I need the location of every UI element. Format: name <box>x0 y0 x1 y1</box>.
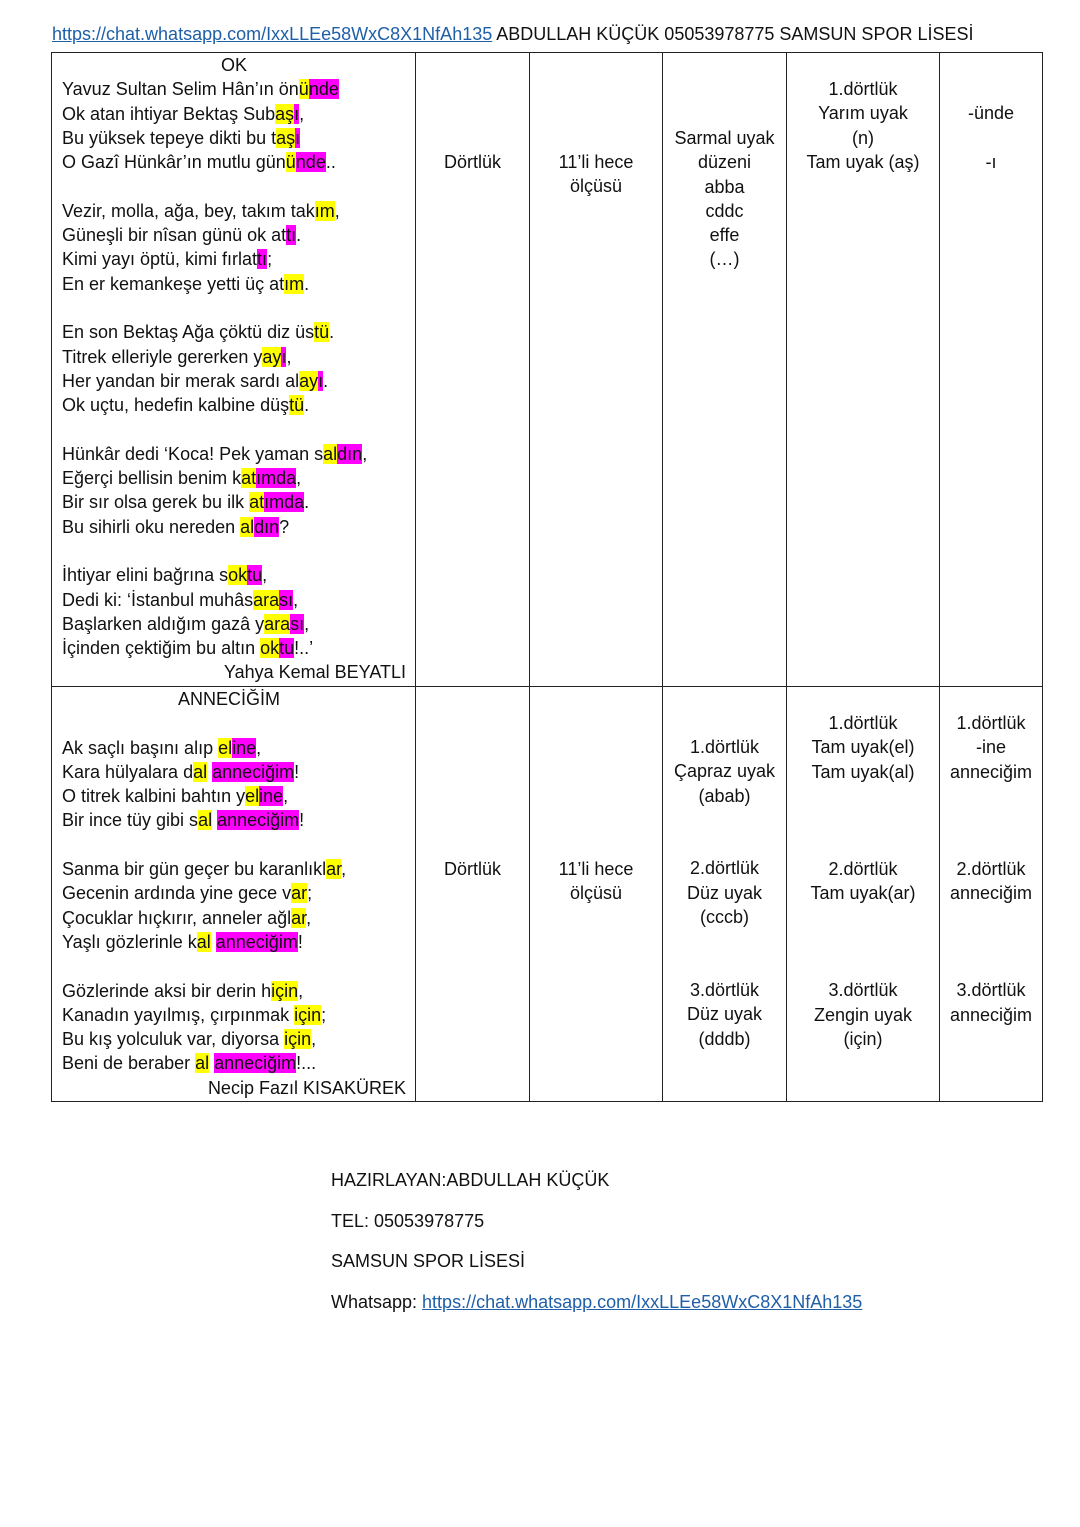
line-text: Bir ince tüy gibi s <box>62 810 198 830</box>
line-text: , <box>296 468 301 488</box>
rhyme-highlight: ar <box>291 883 307 903</box>
poem-line: Bir sır olsa gerek bu ilk atımda. <box>62 490 406 514</box>
line-text: Sanma bir gün geçer bu karanlıkl <box>62 859 326 879</box>
whatsapp-line: Whatsapp: https://chat.whatsapp.com/IxxL… <box>331 1292 862 1313</box>
poem-line: En er kemankeşe yetti üç atım. <box>62 272 406 296</box>
poem-line: Güneşli bir nîsan günü ok attı. <box>62 223 406 247</box>
line-text: ! <box>299 810 304 830</box>
line-text: , <box>362 444 367 464</box>
line-text: . <box>304 274 309 294</box>
rhyme-highlight: el <box>218 738 232 758</box>
line-text: Bu yüksek tepeye dikti bu t <box>62 128 276 148</box>
line-text: Yavuz Sultan Selim Hân’ın ön <box>62 79 299 99</box>
line-text: , <box>286 347 291 367</box>
prepared-by: HAZIRLAYAN:ABDULLAH KÜÇÜK <box>331 1170 609 1191</box>
poem-line: İhtiyar elini bağrına soktu, <box>62 563 406 587</box>
nazim-birimi-cell: Dörtlük <box>416 687 530 1102</box>
redif-highlight: tu <box>279 638 294 658</box>
rhyme-highlight: ara <box>264 614 290 634</box>
uyak-duzeni-cell: Sarmal uyak düzeni abba cddc effe (…) <box>663 53 787 687</box>
line-text: Bu kış yolculuk var, diyorsa <box>62 1029 284 1049</box>
rhyme-highlight: ay <box>299 371 318 391</box>
poem-analysis-table: OK Yavuz Sultan Selim Hân’ın önündeOk at… <box>51 52 1043 1102</box>
line-text: ? <box>279 517 289 537</box>
whatsapp-label: Whatsapp: <box>331 1292 422 1312</box>
rhyme-highlight: ım <box>315 201 335 221</box>
line-text: Kanadın yayılmış, çırpınmak <box>62 1005 294 1025</box>
rhyme-highlight: al <box>198 810 212 830</box>
stanza-gap <box>62 833 406 857</box>
rhyme-highlight: al <box>195 1053 209 1073</box>
poem-line: En son Bektaş Ağa çöktü diz üstü. <box>62 320 406 344</box>
rhyme-highlight: at <box>249 492 264 512</box>
line-text: .. <box>326 152 336 172</box>
header-line: https://chat.whatsapp.com/IxxLLEe58WxC8X… <box>52 24 973 45</box>
telephone: TEL: 05053978775 <box>331 1211 484 1232</box>
line-text: Her yandan bir merak sardı al <box>62 371 299 391</box>
rhyme-highlight: ü <box>286 152 296 172</box>
rhyme-highlight: için <box>284 1029 311 1049</box>
redif-highlight: nde <box>296 152 326 172</box>
school-name: SAMSUN SPOR LİSESİ <box>331 1251 525 1272</box>
stanzas: Yavuz Sultan Selim Hân’ın önündeOk atan … <box>62 77 406 660</box>
line-text: , <box>341 859 346 879</box>
redif-highlight: nde <box>309 79 339 99</box>
redif-cell: -ünde -ı <box>940 53 1043 687</box>
poem-title: ANNECİĞİM <box>62 687 406 711</box>
poem-line: İçinden çektiğim bu altın oktu!..’ <box>62 636 406 660</box>
line-text: Vezir, molla, ağa, bey, takım tak <box>62 201 315 221</box>
rhyme-highlight: aş <box>275 104 294 124</box>
line-text: ; <box>267 249 272 269</box>
poem: ANNECİĞİM Ak saçlı başını alıp eline,Kar… <box>52 687 415 1100</box>
redif-highlight: ine <box>259 786 283 806</box>
rhyme-highlight: ar <box>291 908 306 928</box>
poem-line: Beni de beraber al anneciğim!... <box>62 1051 406 1075</box>
line-text: !..’ <box>294 638 313 658</box>
redif-highlight: sı <box>279 590 293 610</box>
rhyme-highlight: al <box>323 444 337 464</box>
line-text: Titrek elleriyle gererken y <box>62 347 262 367</box>
rhyme-highlight: tü <box>314 322 329 342</box>
line-text: , <box>299 104 304 124</box>
line-text: Eğerçi bellisin benim k <box>62 468 241 488</box>
line-text: , <box>335 201 340 221</box>
redif-highlight: ımda <box>264 492 304 512</box>
poem-title: OK <box>62 53 406 77</box>
line-text: , <box>311 1029 316 1049</box>
poem-line: Sanma bir gün geçer bu karanlıklar, <box>62 857 406 881</box>
poem-line: Ok uçtu, hedefin kalbine düştü. <box>62 393 406 417</box>
poem-author: Necip Fazıl KISAKÜREK <box>62 1076 406 1100</box>
line-text: ! <box>298 932 303 952</box>
line-text: O titrek kalbini bahtın y <box>62 786 245 806</box>
poem-line: Dedi ki: ‘İstanbul muhâsarası, <box>62 588 406 612</box>
poem-line: Titrek elleriyle gererken yayı, <box>62 345 406 369</box>
table-row-annecigim: ANNECİĞİM Ak saçlı başını alıp eline,Kar… <box>52 687 1043 1102</box>
poem-line: Eğerçi bellisin benim katımda, <box>62 466 406 490</box>
line-text: . <box>296 225 301 245</box>
poem-line: O titrek kalbini bahtın yeline, <box>62 784 406 808</box>
line-text: Ak saçlı başını alıp <box>62 738 218 758</box>
line-text: Gözlerinde aksi bir derin h <box>62 981 271 1001</box>
poem-line: Bu sihirli oku nereden aldın? <box>62 515 406 539</box>
redif-highlight: anneciğim <box>214 1053 296 1073</box>
redif-highlight: anneciğim <box>216 932 298 952</box>
line-text: Bir sır olsa gerek bu ilk <box>62 492 249 512</box>
redif-highlight: ı <box>295 128 300 148</box>
poem-line: Yaşlı gözlerinle kal anneciğim! <box>62 930 406 954</box>
rhyme-highlight: aş <box>276 128 295 148</box>
redif-cell: 1.dörtlük -ine anneciğim 2.dörtlük annec… <box>940 687 1043 1102</box>
rhyme-highlight: için <box>294 1005 321 1025</box>
redif-highlight: sı <box>290 614 304 634</box>
line-text: Kimi yayı öptü, kimi fırlat <box>62 249 257 269</box>
stanza-gap <box>62 539 406 563</box>
rhyme-highlight: el <box>245 786 259 806</box>
uyak-turu-cell: 1.dörtlük Tam uyak(el) Tam uyak(al) 2.dö… <box>787 687 940 1102</box>
poem-line: Başlarken aldığım gazâ yarası, <box>62 612 406 636</box>
line-text: . <box>304 395 309 415</box>
redif-highlight: dın <box>254 517 279 537</box>
redif-highlight: anneciğim <box>212 762 294 782</box>
rhyme-highlight: al <box>197 932 211 952</box>
line-text: , <box>283 786 288 806</box>
table-row-ok: OK Yavuz Sultan Selim Hân’ın önündeOk at… <box>52 53 1043 687</box>
poem-line: Her yandan bir merak sardı alayı. <box>62 369 406 393</box>
line-text: İhtiyar elini bağrına s <box>62 565 228 585</box>
line-text: Yaşlı gözlerinle k <box>62 932 197 952</box>
rhyme-highlight: ü <box>299 79 309 99</box>
line-text: ! <box>294 762 299 782</box>
poem-line: Çocuklar hıçkırır, anneler ağlar, <box>62 906 406 930</box>
poem-line: Gecenin ardında yine gece var; <box>62 881 406 905</box>
poem-line: Bu kış yolculuk var, diyorsa için, <box>62 1027 406 1051</box>
redif-highlight: ine <box>232 738 256 758</box>
line-text: , <box>306 908 311 928</box>
rhyme-highlight: için <box>271 981 298 1001</box>
line-text: , <box>304 614 309 634</box>
line-text: Beni de beraber <box>62 1053 195 1073</box>
poem-line: Bir ince tüy gibi sal anneciğim! <box>62 808 406 832</box>
stanza-gap <box>62 174 406 198</box>
line-text: Çocuklar hıçkırır, anneler ağl <box>62 908 291 928</box>
redif-highlight: ımda <box>256 468 296 488</box>
line-text: Ok atan ihtiyar Bektaş Sub <box>62 104 275 124</box>
line-text: Başlarken aldığım gazâ y <box>62 614 264 634</box>
line-text: !... <box>296 1053 316 1073</box>
rhyme-highlight: ay <box>262 347 281 367</box>
uyak-turu-cell: 1.dörtlük Yarım uyak (n) Tam uyak (aş) <box>787 53 940 687</box>
line-text: , <box>293 590 298 610</box>
line-text: Kara hülyalara d <box>62 762 193 782</box>
line-text: ; <box>321 1005 326 1025</box>
line-text: Dedi ki: ‘İstanbul muhâs <box>62 590 253 610</box>
redif-highlight: dın <box>337 444 362 464</box>
line-text: , <box>298 981 303 1001</box>
line-text: , <box>256 738 261 758</box>
rhyme-highlight: ok <box>260 638 279 658</box>
rhyme-highlight: ar <box>326 859 341 879</box>
stanzas: Ak saçlı başını alıp eline,Kara hülyalar… <box>62 736 406 1076</box>
poem-line: Bu yüksek tepeye dikti bu taşı <box>62 126 406 150</box>
poem: OK Yavuz Sultan Selim Hân’ın önündeOk at… <box>52 53 415 685</box>
poem-line: Ak saçlı başını alıp eline, <box>62 736 406 760</box>
poem-line: Yavuz Sultan Selim Hân’ın önünde <box>62 77 406 101</box>
rhyme-highlight: ok <box>228 565 247 585</box>
line-text: İçinden çektiğim bu altın <box>62 638 260 658</box>
rhyme-highlight: al <box>240 517 254 537</box>
poem-line: Vezir, molla, ağa, bey, takım takım, <box>62 199 406 223</box>
poem-line: Ok atan ihtiyar Bektaş Subaşı, <box>62 102 406 126</box>
line-text: . <box>304 492 309 512</box>
line-text: Ok uçtu, hedefin kalbine düş <box>62 395 289 415</box>
line-text: . <box>323 371 328 391</box>
header-text: ABDULLAH KÜÇÜK 05053978775 SAMSUN SPOR L… <box>492 24 973 44</box>
line-text: O Gazî Hünkâr’ın mutlu gün <box>62 152 286 172</box>
poem-line: Kanadın yayılmış, çırpınmak için; <box>62 1003 406 1027</box>
line-text: Güneşli bir nîsan günü ok at <box>62 225 286 245</box>
poem-line: Hünkâr dedi ‘Koca! Pek yaman saldın, <box>62 442 406 466</box>
line-text: En er kemankeşe yetti üç at <box>62 274 284 294</box>
stanza-gap <box>62 296 406 320</box>
stanza-gap <box>62 954 406 978</box>
line-text: ; <box>307 883 312 903</box>
redif-highlight: anneciğim <box>217 810 299 830</box>
line-text: Hünkâr dedi ‘Koca! Pek yaman s <box>62 444 323 464</box>
poem-line: Gözlerinde aksi bir derin hiçin, <box>62 979 406 1003</box>
redif-highlight: tu <box>247 565 262 585</box>
poem-line: O Gazî Hünkâr’ın mutlu gününde.. <box>62 150 406 174</box>
line-text: En son Bektaş Ağa çöktü diz üs <box>62 322 314 342</box>
redif-highlight: tı <box>257 249 267 269</box>
redif-highlight: tı <box>286 225 296 245</box>
line-text: Bu sihirli oku nereden <box>62 517 240 537</box>
poem-line: Kara hülyalara dal anneciğim! <box>62 760 406 784</box>
line-text: Gecenin ardında yine gece v <box>62 883 291 903</box>
poem-cell: OK Yavuz Sultan Selim Hân’ın önündeOk at… <box>52 53 416 687</box>
olcu-cell: 11’li hece ölçüsü <box>530 687 663 1102</box>
poem-cell: ANNECİĞİM Ak saçlı başını alıp eline,Kar… <box>52 687 416 1102</box>
line-text: . <box>329 322 334 342</box>
whatsapp-link-header[interactable]: https://chat.whatsapp.com/IxxLLEe58WxC8X… <box>52 24 492 44</box>
rhyme-highlight: tü <box>289 395 304 415</box>
whatsapp-link-footer[interactable]: https://chat.whatsapp.com/IxxLLEe58WxC8X… <box>422 1292 862 1312</box>
rhyme-highlight: at <box>241 468 256 488</box>
poem-author: Yahya Kemal BEYATLI <box>62 660 406 684</box>
rhyme-highlight: ara <box>253 590 279 610</box>
stanza-gap <box>62 417 406 441</box>
line-text: , <box>262 565 267 585</box>
uyak-duzeni-cell: 1.dörtlük Çapraz uyak (abab) 2.dörtlük D… <box>663 687 787 1102</box>
rhyme-highlight: al <box>193 762 207 782</box>
line-text <box>211 932 216 952</box>
rhyme-highlight: ım <box>284 274 304 294</box>
poem-line: Kimi yayı öptü, kimi fırlattı; <box>62 247 406 271</box>
olcu-cell: 11’li hece ölçüsü <box>530 53 663 687</box>
nazim-birimi-cell: Dörtlük <box>416 53 530 687</box>
